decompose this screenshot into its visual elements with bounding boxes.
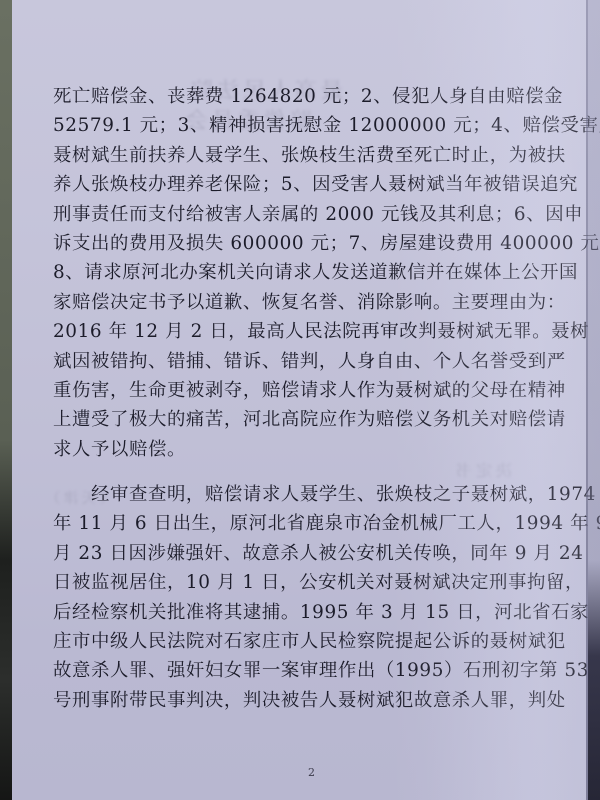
text-line: 2016 年 12 月 2 日，最高人民法院再审改判聂树斌无罪。聂树 <box>53 317 473 346</box>
text-line: 后经检察机关批准将其逮捕。1995 年 3 月 15 日，河北省石家 <box>53 598 473 627</box>
text-line: 重伤害，生命更被剥夺，赔偿请求人作为聂树斌的父母在精神 <box>53 376 473 405</box>
text-line: 诉支出的费用及损失 600000 元；7、房屋建设费用 400000 元； <box>53 229 473 258</box>
document-body: 死亡赔偿金、丧葬费 1264820 元；2、侵犯人身自由赔偿金 52579.1 … <box>53 82 473 715</box>
text-line: 经审查查明，赔偿请求人聂学生、张焕枝之子聂树斌，1974 <box>53 480 473 509</box>
paragraph-gap <box>53 464 473 480</box>
text-line: 号刑事附带民事判决，判决被告人聂树斌犯故意杀人罪，判处 <box>53 686 473 715</box>
text-line: 养人张焕枝办理养老保险；5、因受害人聂树斌当年被错误追究 <box>53 170 473 199</box>
text-line: 上遭受了极大的痛苦，河北高院应作为赔偿义务机关对赔偿请 <box>53 405 473 434</box>
paragraph-claims: 死亡赔偿金、丧葬费 1264820 元；2、侵犯人身自由赔偿金 52579.1 … <box>53 82 473 464</box>
paragraph-findings: 经审查查明，赔偿请求人聂学生、张焕枝之子聂树斌，1974 年 11 月 6 日出… <box>53 480 473 715</box>
page-edge-shadow <box>588 0 600 800</box>
text-line: 8、请求原河北办案机关向请求人发送道歉信并在媒体上公开国 <box>53 258 473 287</box>
text-line: 求人予以赔偿。 <box>53 435 473 464</box>
text-line: 庄市中级人民法院对石家庄市人民检察院提起公诉的聂树斌犯 <box>53 627 473 656</box>
text-line: 聂树斌生前扶养人聂学生、张焕枝生活费至死亡时止，为被扶 <box>53 141 473 170</box>
text-line: 家赔偿决定书予以道歉、恢复名誉、消除影响。主要理由为： <box>53 288 473 317</box>
text-line: 52579.1 元；3、精神损害抚慰金 12000000 元；4、赔偿受害人 <box>53 111 473 140</box>
text-line: 年 11 月 6 日出生，原河北省鹿泉市冶金机械厂工人，1994 年 9 <box>53 509 473 538</box>
text-line: 日被监视居住，10 月 1 日，公安机关对聂树斌决定刑事拘留， <box>53 568 473 597</box>
document-page: 最高人民法院 赔偿委员会 决定书 （天津） 死亡赔偿金、丧葬费 1264820 … <box>12 0 600 800</box>
text-line: 故意杀人罪、强奸妇女罪一案审理作出（1995）石刑初字第 53 <box>53 656 473 685</box>
text-line: 刑事责任而支付给被害人亲属的 2000 元钱及其利息；6、因申 <box>53 200 473 229</box>
photo-scene: 最高人民法院 赔偿委员会 决定书 （天津） 死亡赔偿金、丧葬费 1264820 … <box>0 0 600 800</box>
text-line: 斌因被错拘、错捕、错诉、错判，人身自由、个人名誉受到严 <box>53 347 473 376</box>
page-number: 2 <box>308 766 315 779</box>
text-line: 月 23 日因涉嫌强奸、故意杀人被公安机关传唤，同年 9 月 24 <box>53 539 473 568</box>
text-line: 死亡赔偿金、丧葬费 1264820 元；2、侵犯人身自由赔偿金 <box>53 82 473 111</box>
